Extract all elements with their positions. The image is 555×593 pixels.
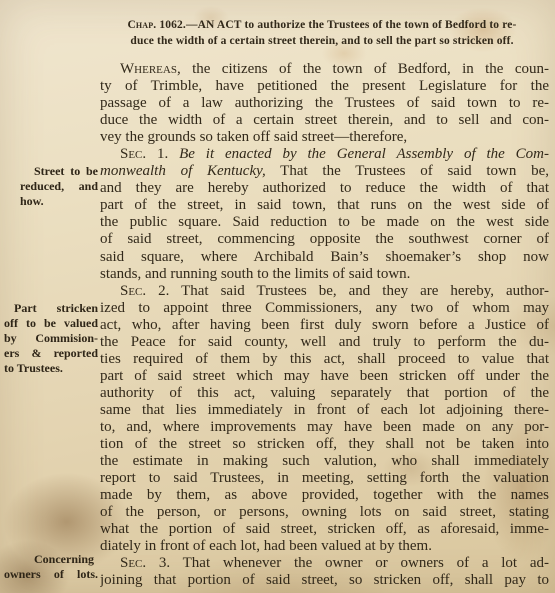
text-segment: passage of a law authorizing the Trustee… [100,95,549,111]
text-line: the estimate in making such valution, wh… [100,453,549,470]
text-segment: ties required of them by this act, shall… [100,351,549,367]
text-segment: the citizens of the town of Bedford, in … [181,61,549,77]
text-line: made by them, as above provided, togethe… [100,487,549,504]
text-segment: tion of the street so stricken off, they… [100,436,549,452]
text-line: joining that portion of said street, so … [100,572,549,589]
text-segment: 3. That whenever the owner or owners of … [146,555,549,571]
text-line: duce the width of a certain street there… [100,112,549,129]
text-line: reduced, and [20,179,98,194]
text-line: ers & reported [4,346,98,361]
text-line: Sec. 2. That said Trustees be, and they … [100,283,549,300]
text-line: to Trustees. [4,361,98,376]
text-line: by Commision- [4,331,98,346]
text-line: ties required of them by this act, shall… [100,351,549,368]
text-segment: the public square. Said reduction to be … [100,214,549,230]
text-segment: owners of lots. [4,567,98,581]
text-line: said square, where Archibald Bain’s shoe… [100,249,549,266]
text-line: of the person, or persons, owning lots o… [100,504,549,521]
text-line: off to be valued [4,316,98,331]
paragraph-sec-3: Sec. 3. That whenever the owner or owner… [100,555,549,589]
italic-text-segment: Be it enacted by the General Assembly of… [179,146,549,162]
small-caps-segment: Chap. [127,19,156,31]
text-segment: part of said street which may have been … [100,368,549,384]
text-line: authority of this act, valuing separatel… [100,385,549,402]
margin-note-concerning-owners: Concerningowners of lots. [4,552,98,582]
text-segment: off to be valued [4,316,98,330]
text-segment: Concerning [34,552,94,566]
text-line: part of said street which may have been … [100,368,549,385]
text-segment: act, who, after having been first duly s… [100,317,549,333]
text-line: report to said Trustees, in meeting, set… [100,470,549,487]
text-line: Sec. 3. That whenever the owner or owner… [100,555,549,572]
text-segment: ty of Trimble, have petitioned the prese… [100,78,549,94]
text-line: diately in front of each lot, had been v… [100,538,549,555]
text-line: Part stricken [4,301,98,316]
text-segment: how. [20,194,44,208]
text-segment: That the Trustees of said town be, [266,163,549,179]
text-line: duce the width of a certain street there… [96,33,548,49]
text-segment: vey the grounds so taken off said street… [100,129,407,145]
text-line: vey the grounds so taken off said street… [100,129,549,146]
text-segment: part of the street, in said town, that r… [100,197,549,213]
text-line: stands, and running south to the limits … [100,266,549,283]
text-segment: to, and, where improvements may have bee… [100,419,549,435]
chapter-headnote: Chap. 1062.—AN ACT to authorize the Trus… [96,17,548,49]
text-line: Chap. 1062.—AN ACT to authorize the Trus… [96,17,548,33]
text-line: to, and, where improvements may have bee… [100,419,549,436]
margin-note-street-to-be-reduced: Street to bereduced, andhow. [20,164,98,209]
text-line: monwealth of Kentucky, That the Trustees… [100,163,549,180]
text-segment: 1062.—AN ACT to authorize the Trustees o… [156,19,516,31]
text-segment: the Peace for said county, well and trul… [100,334,549,350]
text-line: and they are hereby authorized to reduce… [100,180,549,197]
text-segment: duce the width of a certain street there… [130,35,513,47]
text-line: Sec. 1. Be it enacted by the General Ass… [100,146,549,163]
text-segment: the estimate in making such valution, wh… [100,453,549,469]
text-line: ized to appoint three Commissioners, any… [100,300,549,317]
text-segment: of the person, or persons, owning lots o… [100,504,549,520]
text-segment: reduced, and [20,179,98,193]
text-segment: ized to appoint three Commissioners, any… [100,300,549,316]
text-line: what the portion of said street, stricke… [100,521,549,538]
text-segment: stands, and running south to the limits … [100,266,410,282]
paragraph-preamble: Whereas, the citizens of the town of Bed… [100,61,549,146]
text-segment: diately in front of each lot, had been v… [100,538,432,554]
text-segment: 2. That said Trustees be, and they are h… [146,283,549,299]
text-line: part of the street, in said town, that r… [100,197,549,214]
text-segment: by Commision- [4,331,98,345]
small-caps-segment: Sec. [120,555,146,571]
text-segment: ers & reported [4,346,98,360]
text-segment: and they are hereby authorized to reduce… [100,180,549,196]
text-line: the public square. Said reduction to be … [100,214,549,231]
text-segment: made by them, as above provided, togethe… [100,487,549,503]
text-line: tion of the street so stricken off, they… [100,436,549,453]
text-segment: what the portion of said street, stricke… [100,521,549,537]
small-caps-segment: Sec. [120,283,146,299]
text-segment: Part stricken [14,301,98,315]
text-segment: authority of this act, valuing separatel… [100,385,549,401]
text-segment: same that lies immediately in front of e… [100,402,549,418]
margin-note-part-stricken-off: Part strickenoff to be valuedby Commisio… [4,301,98,376]
text-line: how. [20,194,98,209]
small-caps-segment: Sec. [120,146,146,162]
text-line: Concerning [4,552,98,567]
text-segment: Street to be [34,164,98,178]
text-segment: 1. [146,146,179,162]
text-line: of said street, commencing opposite the … [100,231,549,248]
small-caps-segment: Whereas, [120,61,181,77]
italic-text-segment: monwealth of Kentucky, [100,163,266,179]
text-line: act, who, after having been first duly s… [100,317,549,334]
text-line: the Peace for said county, well and trul… [100,334,549,351]
text-segment: of said street, commencing opposite the … [100,231,549,247]
text-line: Street to be [20,164,98,179]
text-line: Whereas, the citizens of the town of Bed… [100,61,549,78]
text-segment: report to said Trustees, in meeting, set… [100,470,549,486]
text-segment: joining that portion of said street, so … [100,572,549,588]
text-line: passage of a law authorizing the Trustee… [100,95,549,112]
text-line: same that lies immediately in front of e… [100,402,549,419]
statute-body-text: Whereas, the citizens of the town of Bed… [100,61,549,589]
paragraph-sec-2: Sec. 2. That said Trustees be, and they … [100,283,549,556]
text-segment: duce the width of a certain street there… [100,112,549,128]
scanned-statute-page: Chap. 1062.—AN ACT to authorize the Trus… [0,0,555,593]
text-segment: to Trustees. [4,361,63,375]
text-segment: said square, where Archibald Bain’s shoe… [100,249,549,265]
text-line: ty of Trimble, have petitioned the prese… [100,78,549,95]
paragraph-sec-1: Sec. 1. Be it enacted by the General Ass… [100,146,549,282]
text-line: owners of lots. [4,567,98,582]
